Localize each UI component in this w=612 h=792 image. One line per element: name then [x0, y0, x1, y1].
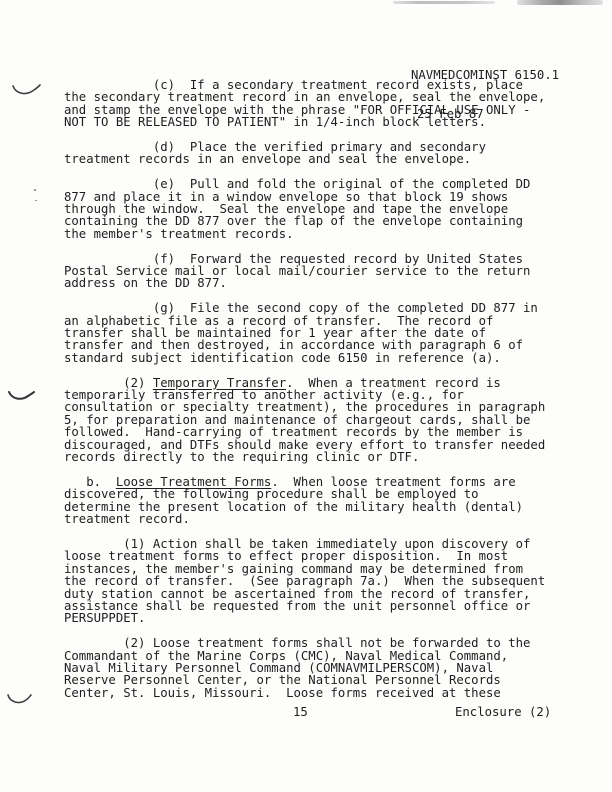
paragraph-b1: (1) Action shall be taken immediately up…	[64, 538, 564, 625]
paragraph-text: . When a treatment record is temporarily…	[64, 376, 545, 464]
margin-checkmark-icon	[8, 389, 36, 403]
scan-smudge-artifact	[517, 0, 603, 5]
scan-smudge-artifact	[393, 1, 495, 4]
paragraph-e: (e) Pull and fold the original of the co…	[64, 178, 564, 240]
document-body: (c) If a secondary treatment record exis…	[64, 79, 564, 712]
margin-checkmark-icon	[12, 82, 42, 98]
ink-speck	[35, 200, 37, 201]
paragraph-loose-treatment-forms: b. Loose Treatment Forms. When loose tre…	[64, 476, 564, 526]
paragraph-g: (g) File the second copy of the complete…	[64, 302, 564, 364]
ink-speck	[34, 189, 36, 191]
paragraph-b2: (2) Loose treatment forms shall not be f…	[64, 637, 564, 699]
paragraph-f: (f) Forward the requested record by Unit…	[64, 253, 564, 290]
margin-checkmark-icon	[7, 692, 33, 706]
paragraph-c: (c) If a secondary treatment record exis…	[64, 79, 564, 129]
paragraph-d: (d) Place the verified primary and secon…	[64, 141, 564, 166]
enclosure-label: Enclosure (2)	[455, 705, 551, 719]
document-page: NAVMEDCOMINST 6150.1 25 Feb 87 (c) If a …	[0, 0, 612, 792]
paragraph-temporary-transfer: (2) Temporary Transfer. When a treatment…	[64, 377, 564, 464]
page-number: 15	[293, 705, 308, 719]
